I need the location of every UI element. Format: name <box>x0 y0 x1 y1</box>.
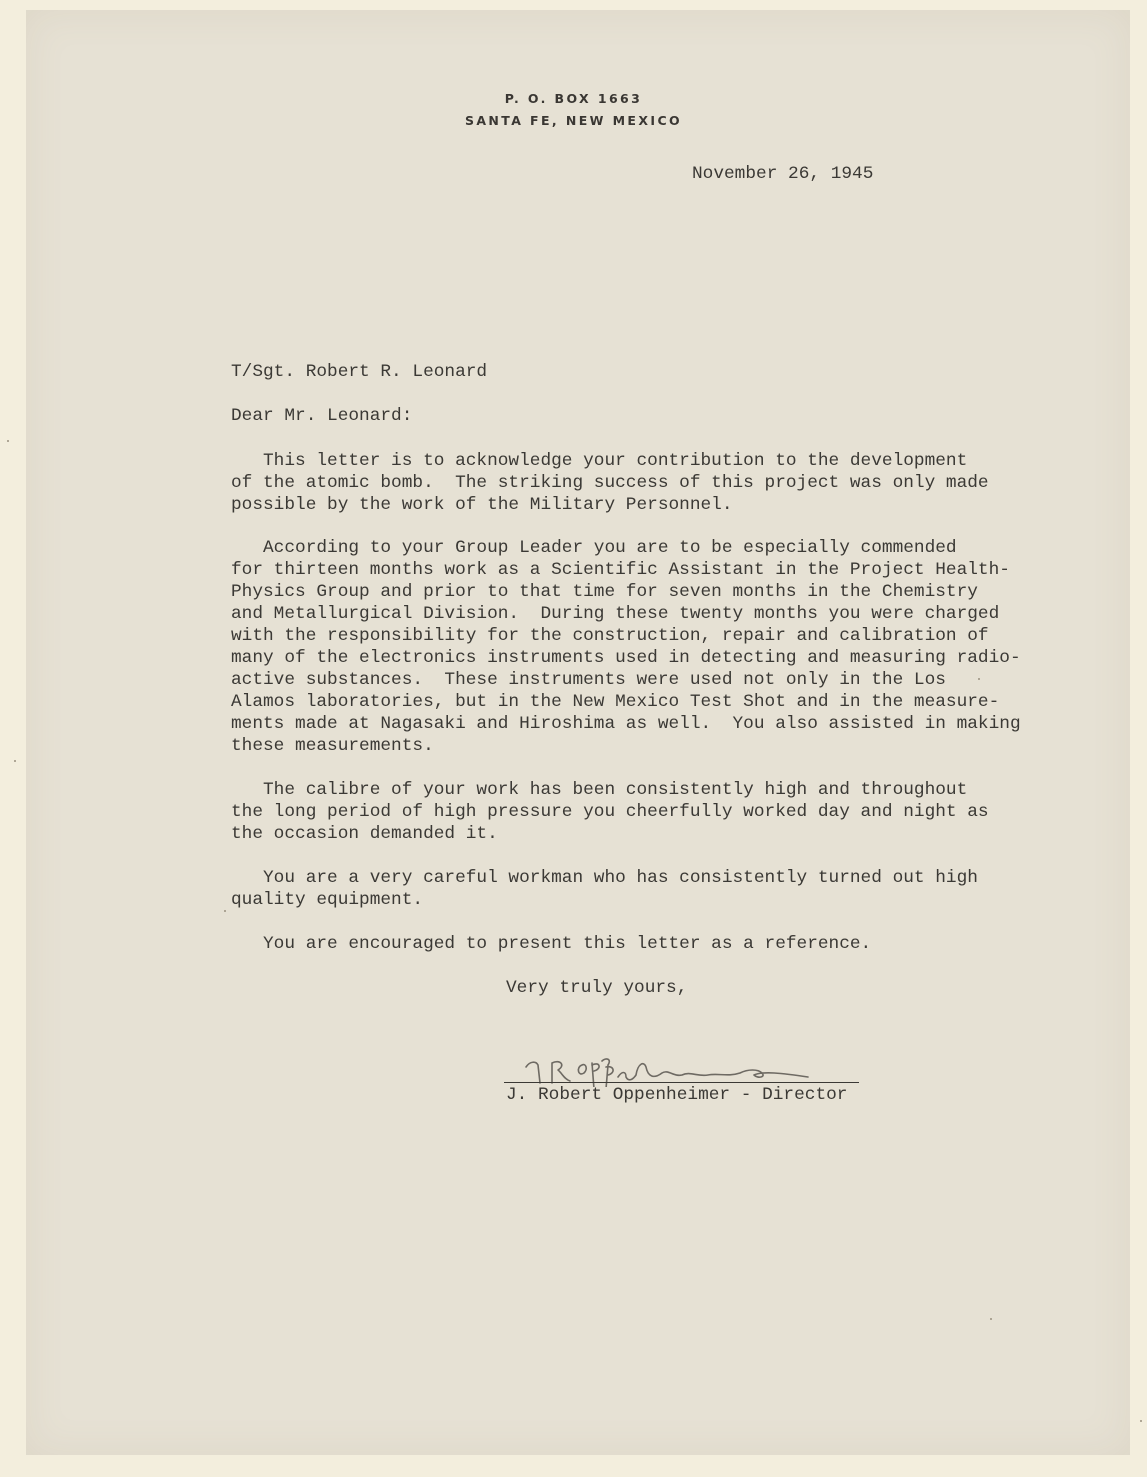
paper-speck <box>978 678 980 680</box>
text-line: the long period of high pressure you che… <box>231 801 989 823</box>
text-line: quality equipment. <box>231 889 978 911</box>
text-line: these measurements. <box>231 735 1021 757</box>
body-paragraph-5: You are encouraged to present this lette… <box>231 933 871 955</box>
paper-speck <box>14 760 16 762</box>
paper-speck <box>1140 1420 1142 1422</box>
recipient-name: T/Sgt. Robert R. Leonard <box>231 362 487 382</box>
text-line: Physics Group and prior to that time for… <box>231 581 1021 603</box>
text-line: This letter is to acknowledge your contr… <box>231 450 989 472</box>
body-paragraph-1: This letter is to acknowledge your contr… <box>231 450 989 516</box>
text-line: The calibre of your work has been consis… <box>231 779 989 801</box>
text-line: and Metallurgical Division. During these… <box>231 603 1021 625</box>
paper-speck <box>990 1318 992 1320</box>
letterhead-po-box: P. O. BOX 1663 <box>0 91 1147 106</box>
paper-speck <box>224 910 226 912</box>
text-line: According to your Group Leader you are t… <box>231 537 1021 559</box>
salutation: Dear Mr. Leonard: <box>231 406 412 426</box>
paper-speck <box>7 440 9 442</box>
text-line: with the responsibility for the construc… <box>231 625 1021 647</box>
text-line: the occasion demanded it. <box>231 823 989 845</box>
text-line: many of the electronics instruments used… <box>231 647 1021 669</box>
body-paragraph-3: The calibre of your work has been consis… <box>231 779 989 845</box>
signatory-name-title: J. Robert Oppenheimer - Director <box>506 1085 847 1105</box>
body-paragraph-4: You are a very careful workman who has c… <box>231 867 978 911</box>
text-line: You are a very careful workman who has c… <box>231 867 978 889</box>
text-line: of the atomic bomb. The striking success… <box>231 472 989 494</box>
letterhead-city: SANTA FE, NEW MEXICO <box>0 113 1147 128</box>
text-line: Alamos laboratories, but in the New Mexi… <box>231 691 1021 713</box>
letter-date: November 26, 1945 <box>692 164 873 184</box>
text-line: You are encouraged to present this lette… <box>231 933 871 955</box>
text-line: possible by the work of the Military Per… <box>231 494 989 516</box>
text-line: ments made at Nagasaki and Hiroshima as … <box>231 713 1021 735</box>
signature-line <box>504 1082 859 1083</box>
closing: Very truly yours, <box>506 978 687 998</box>
body-paragraph-2: According to your Group Leader you are t… <box>231 537 1021 757</box>
text-line: for thirteen months work as a Scientific… <box>231 559 1021 581</box>
text-line: active substances. These instruments wer… <box>231 669 1021 691</box>
